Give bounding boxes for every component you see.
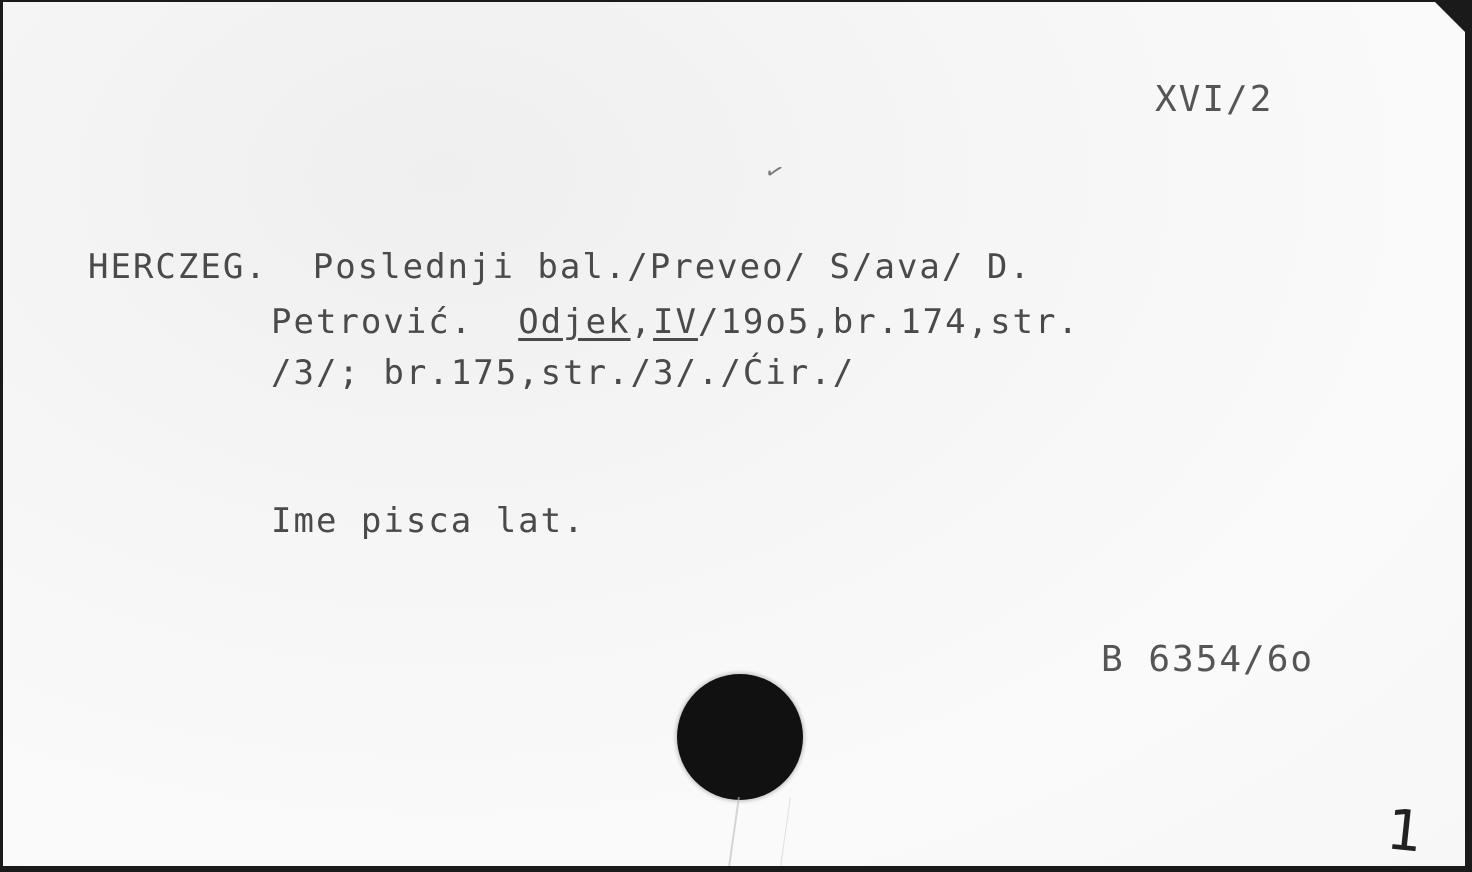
author-name: HERCZEG. bbox=[88, 247, 268, 287]
cataloging-note: Ime pisca lat. bbox=[271, 504, 586, 538]
journal-issue-details: /19o5,br.174,str. bbox=[698, 302, 1080, 342]
folded-corner bbox=[1433, 2, 1465, 34]
entry-line-1: HERCZEG. Poslednji bal./Preveo/ S/ava/ D… bbox=[88, 250, 1032, 284]
catalog-card: XVI/2 ✓ HERCZEG. Poslednji bal./Preveo/ … bbox=[3, 2, 1465, 866]
handwritten-number: 1 bbox=[1384, 797, 1426, 865]
entry-line-3: /3/; br.175,str./3/./Ćir./ bbox=[271, 356, 855, 390]
call-number: XVI/2 bbox=[1155, 82, 1273, 118]
paper-tear bbox=[728, 797, 791, 866]
translator-initial: D. bbox=[987, 247, 1032, 287]
translator-label: /Preveo/ bbox=[627, 247, 807, 287]
check-mark-icon: ✓ bbox=[761, 158, 787, 188]
work-title: Poslednji bal. bbox=[313, 247, 628, 287]
journal-name: Odjek bbox=[518, 302, 630, 342]
accession-number: B 6354/6o bbox=[1101, 642, 1314, 678]
journal-volume: IV bbox=[653, 302, 698, 342]
translator-surname: Petrović. bbox=[271, 302, 473, 342]
entry-line-2: Petrović. Odjek,IV/19o5,br.174,str. bbox=[271, 305, 1080, 339]
translator-first-name: S/ava/ bbox=[830, 247, 965, 287]
scan-border bbox=[0, 866, 1472, 872]
punch-hole bbox=[677, 674, 803, 800]
